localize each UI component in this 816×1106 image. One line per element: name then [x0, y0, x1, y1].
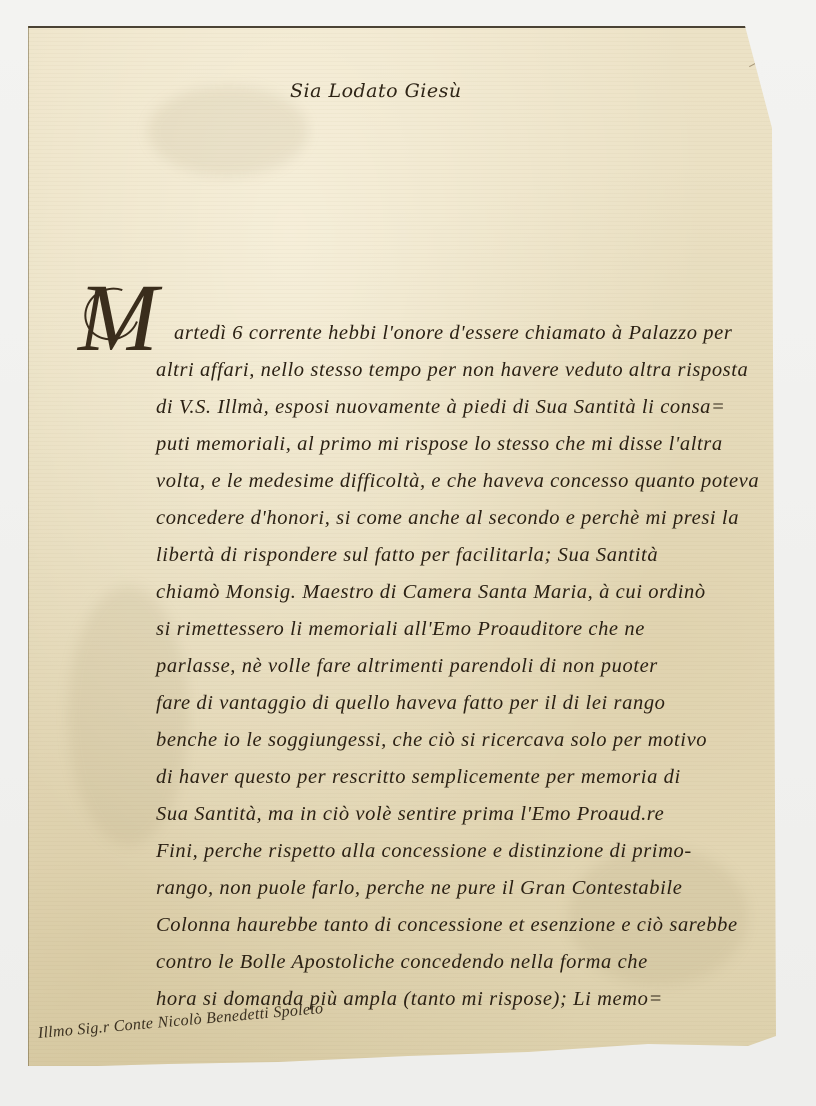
letter-line: altri affari, nello stesso tempo per non…: [156, 359, 748, 382]
letter-line: parlasse, nè volle fare altrimenti paren…: [156, 655, 658, 678]
letter-line: chiamò Monsig. Maestro di Camera Santa M…: [156, 581, 706, 604]
letter-line: Colonna haurebbe tanto di concessione et…: [156, 914, 738, 937]
letter-line: contro le Bolle Apostoliche concedendo n…: [156, 951, 648, 974]
letter-heading: Sia Lodato Giesù: [290, 80, 462, 102]
drop-cap: M: [78, 270, 158, 366]
letter-line: puti memoriali, al primo mi rispose lo s…: [156, 433, 723, 456]
letter-line: di haver questo per rescritto sempliceme…: [156, 766, 681, 789]
letter-line: benche io le soggiungessi, che ciò si ri…: [156, 729, 707, 752]
letter-line: fare di vantaggio di quello haveva fatto…: [156, 692, 666, 715]
letter-line: rango, non puole farlo, perche ne pure i…: [156, 877, 682, 900]
letter-line: si rimettessero li memoriali all'Emo Pro…: [156, 618, 645, 641]
letter-line: artedì 6 corrente hebbi l'onore d'essere…: [174, 322, 732, 345]
letter-line: Fini, perche rispetto alla concessione e…: [156, 840, 692, 863]
paper-stain: [148, 86, 308, 176]
letter-line: concedere d'honori, si come anche al sec…: [156, 507, 739, 530]
letter-line: Sua Santità, ma in ciò volè sentire prim…: [156, 803, 664, 826]
letter-line: libertà di rispondere sul fatto per faci…: [156, 544, 658, 567]
letter-line: di V.S. Illmà, esposi nuovamente à piedi…: [156, 396, 725, 419]
letter-line: volta, e le medesime difficoltà, e che h…: [156, 470, 759, 493]
